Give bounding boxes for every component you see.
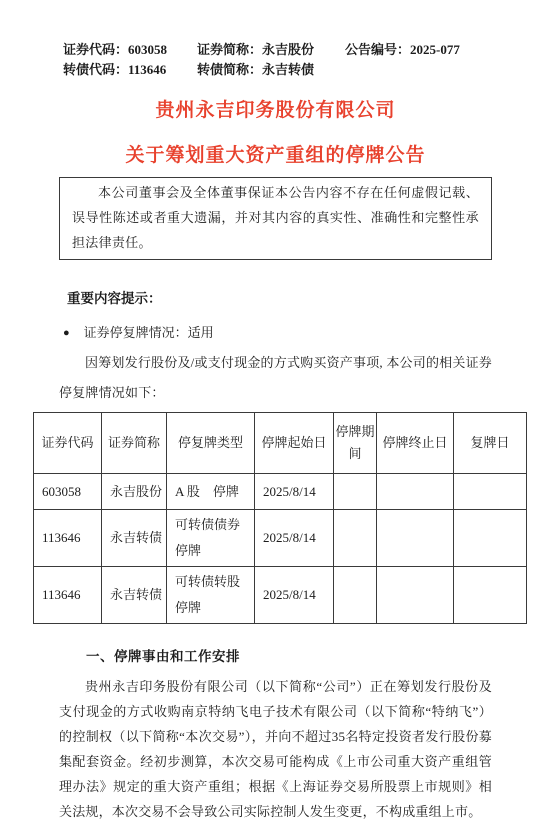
cell-end-date (377, 567, 454, 624)
announcement-title: 关于筹划重大资产重组的停牌公告 (59, 143, 492, 169)
cell-security-name: 永吉转债 (102, 567, 167, 624)
table-row: 603058 永吉股份 A 股 停牌 2025/8/14 (34, 474, 527, 510)
col-header-suspension-type: 停复牌类型 (167, 413, 255, 474)
table-header-row: 证券代码 证券简称 停复牌类型 停牌起始日 停牌期间 停牌终止日 复牌日 (34, 413, 527, 474)
meta-row-stock: 证券代码：603058 证券简称：永吉股份 公告编号：2025-077 (59, 40, 492, 60)
cell-resumption-date (454, 567, 527, 624)
bond-name-label: 转债简称： (197, 62, 262, 77)
col-header-resumption-date: 复牌日 (454, 413, 527, 474)
cell-period (334, 474, 377, 510)
cell-start-date: 2025/8/14 (255, 510, 334, 567)
section1-paragraph: 贵州永吉印务股份有限公司（以下简称“公司”）正在筹划发行股份及支付现金的方式收购… (59, 674, 492, 824)
cell-end-date (377, 474, 454, 510)
col-header-period: 停牌期间 (334, 413, 377, 474)
suspension-table: 证券代码 证券简称 停复牌类型 停牌起始日 停牌期间 停牌终止日 复牌日 603… (33, 412, 527, 624)
col-header-start-date: 停牌起始日 (255, 413, 334, 474)
disclaimer-text: 本公司董事会及全体董事保证本公告内容不存在任何虚假记载、误导性陈述或者重大遗漏，… (72, 180, 479, 255)
cell-security-code: 603058 (34, 474, 102, 510)
announcement-number-value: 2025-077 (410, 42, 460, 57)
cell-period (334, 567, 377, 624)
bond-code-value: 113646 (128, 62, 166, 77)
cell-security-code: 113646 (34, 510, 102, 567)
announcement-number: 公告编号：2025-077 (345, 40, 492, 60)
cell-suspension-type: 可转债债券停牌 (167, 510, 255, 567)
bond-name: 转债简称：永吉转债 (197, 60, 345, 80)
important-notice-heading: 重要内容提示： (59, 290, 492, 308)
meta-row-bond: 转债代码：113646 转债简称：永吉转债 (59, 60, 492, 80)
col-header-end-date: 停牌终止日 (377, 413, 454, 474)
cell-start-date: 2025/8/14 (255, 567, 334, 624)
stock-name-value: 永吉股份 (262, 42, 314, 57)
col-header-security-code: 证券代码 (34, 413, 102, 474)
bond-code-label: 转债代码： (63, 62, 128, 77)
cell-resumption-date (454, 474, 527, 510)
bond-name-value: 永吉转债 (262, 62, 314, 77)
stock-code-label: 证券代码： (63, 42, 128, 57)
cell-end-date (377, 510, 454, 567)
suspension-status-text: 证券停复牌情况：适用 (84, 324, 214, 342)
meta-spacer (345, 60, 492, 80)
stock-name-label: 证券简称： (197, 42, 262, 57)
col-header-security-name: 证券简称 (102, 413, 167, 474)
cell-resumption-date (454, 510, 527, 567)
cell-security-name: 永吉转债 (102, 510, 167, 567)
table-row: 113646 永吉转债 可转债转股停牌 2025/8/14 (34, 567, 527, 624)
bullet-icon: ● (63, 324, 70, 342)
cell-security-name: 永吉股份 (102, 474, 167, 510)
cell-start-date: 2025/8/14 (255, 474, 334, 510)
stock-code: 证券代码：603058 (59, 40, 197, 60)
company-title: 贵州永吉印务股份有限公司 (59, 98, 492, 124)
stock-name: 证券简称：永吉股份 (197, 40, 345, 60)
cell-period (334, 510, 377, 567)
suspension-status-item: ● 证券停复牌情况：适用 (59, 324, 492, 342)
cell-security-code: 113646 (34, 567, 102, 624)
disclaimer-box: 本公司董事会及全体董事保证本公告内容不存在任何虚假记载、误导性陈述或者重大遗漏，… (59, 177, 492, 260)
table-row: 113646 永吉转债 可转债债券停牌 2025/8/14 (34, 510, 527, 567)
stock-code-value: 603058 (128, 42, 167, 57)
securities-info-header: 证券代码：603058 证券简称：永吉股份 公告编号：2025-077 转债代码… (59, 40, 492, 80)
announcement-number-label: 公告编号： (345, 42, 410, 57)
bond-code: 转债代码：113646 (59, 60, 197, 80)
suspension-intro-paragraph: 因筹划发行股份及/或支付现金的方式购买资产事项, 本公司的相关证券停复牌情况如下… (59, 348, 492, 408)
cell-suspension-type: 可转债转股停牌 (167, 567, 255, 624)
announcement-document: 证券代码：603058 证券简称：永吉股份 公告编号：2025-077 转债代码… (0, 0, 550, 829)
cell-suspension-type: A 股 停牌 (167, 474, 255, 510)
section1-heading: 一、停牌事由和工作安排 (59, 648, 492, 666)
